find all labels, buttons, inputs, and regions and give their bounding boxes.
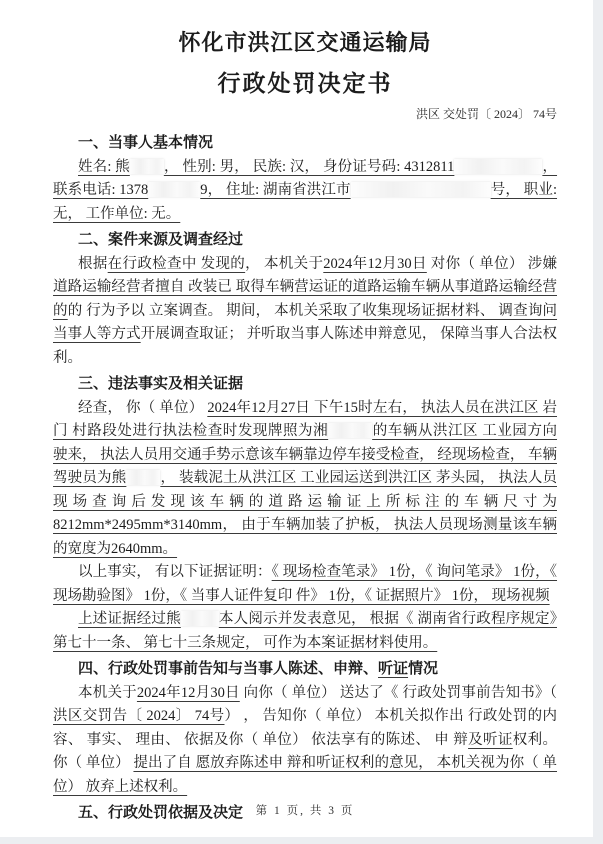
text-segment: 9， 住址: 湖南省洪江市 bbox=[200, 182, 350, 198]
document-section: 四、行政处罚事前告知与当事人陈述、申辩、听证情况本机关于2024年12月30日 … bbox=[53, 658, 557, 799]
text-segment: 2024年12月30日 bbox=[137, 685, 240, 701]
text-segment: 三、违法事实及相关证据 bbox=[78, 376, 243, 392]
document-section: 二、案件来源及调查经过根据在行政检查中 发现的， 本机关于2024年12月30日… bbox=[53, 229, 557, 370]
document-number: 洪区 交处罚〔 2024〕 74号 bbox=[0, 106, 557, 122]
text-segment: 根据 bbox=[78, 256, 108, 272]
text-segment: 一、当事人基本情况 bbox=[78, 135, 213, 151]
redaction-box bbox=[351, 182, 491, 197]
text-segment: 上述证据经过熊 bbox=[78, 611, 181, 627]
paragraph: 根据在行政检查中 发现的， 本机关于2024年12月30日 对你（ 单位） 涉嫌… bbox=[53, 253, 557, 371]
text-segment: 向你（ 单位） 送达了《 行政处罚事前告知书》（ bbox=[240, 685, 557, 701]
document-sections: 一、当事人基本情况姓名: 熊， 性别: 男， 民族: 汉， 身份证号码: 431… bbox=[53, 132, 557, 826]
text-segment: 的 行为予以 立案调查。 期间， 本机关 bbox=[68, 303, 319, 319]
text-segment: 四、行政处罚事前告知与当事人陈述、申辩、 bbox=[78, 661, 378, 677]
text-segment: 听证 bbox=[378, 661, 408, 677]
text-segment: 经查， 你（ 单位） bbox=[78, 400, 207, 416]
section-heading: 四、行政处罚事前告知与当事人陈述、申辩、听证情况 bbox=[53, 658, 557, 682]
document-title: 怀化市洪江区交通运输局 bbox=[53, 28, 557, 58]
text-segment: 姓名: 熊 bbox=[78, 159, 130, 175]
document-page: 怀化市洪江区交通运输局 行政处罚决定书 洪区 交处罚〔 2024〕 74号 一、… bbox=[0, 0, 593, 837]
text-segment: 情况 bbox=[408, 661, 438, 677]
document-section: 一、当事人基本情况姓名: 熊， 性别: 男， 民族: 汉， 身份证号码: 431… bbox=[53, 132, 557, 226]
text-segment: ， 性别: 男， 民族: 汉， 身份证号码: 4312811 bbox=[164, 159, 455, 175]
paragraph: 姓名: 熊， 性别: 男， 民族: 汉， 身份证号码: 4312811， 联系电… bbox=[53, 156, 557, 227]
section-heading: 三、违法事实及相关证据 bbox=[53, 373, 557, 397]
redaction-box bbox=[181, 611, 219, 626]
text-segment: ， 本机关于 bbox=[245, 256, 323, 272]
text-segment: 在行政检查中 发现的 bbox=[108, 256, 245, 272]
document-subtitle: 行政处罚决定书 bbox=[53, 68, 557, 100]
redaction-box bbox=[328, 423, 372, 438]
text-segment: 以上事实， 有以下证据证明： bbox=[78, 564, 272, 580]
redaction-box bbox=[148, 182, 200, 197]
paragraph: 上述证据经过熊本人阅示并发表意见， 根据《 湖南省行政程序规定》第七十一条、 第… bbox=[53, 608, 557, 655]
text-segment: 二、案件来源及调查经过 bbox=[78, 232, 243, 248]
redaction-box bbox=[454, 159, 542, 174]
page-footer: 第 1 页, 共 3 页 bbox=[53, 802, 557, 818]
redaction-box bbox=[126, 470, 160, 485]
section-heading: 二、案件来源及调查经过 bbox=[53, 229, 557, 253]
paragraph: 经查， 你（ 单位） 2024年12月27日 下午15时左右， 执法人员在洪江区… bbox=[53, 397, 557, 562]
text-segment: 及听证 bbox=[468, 732, 513, 748]
paragraph: 以上事实， 有以下证据证明：《 现场检查笔录》 1份，《 询问笔录》 1份，《 … bbox=[53, 561, 557, 608]
text-segment: 洪区交罚告〔 2024〕 74号 bbox=[53, 708, 225, 724]
section-heading: 一、当事人基本情况 bbox=[53, 132, 557, 156]
paragraph: 本机关于2024年12月30日 向你（ 单位） 送达了《 行政处罚事前告知书》（… bbox=[53, 682, 557, 800]
text-segment: 2024年12月30日 bbox=[323, 256, 427, 272]
text-segment: 对你（ 单位） 涉嫌 bbox=[427, 256, 557, 272]
redaction-box bbox=[130, 159, 164, 174]
document-section: 三、违法事实及相关证据经查， 你（ 单位） 2024年12月27日 下午15时左… bbox=[53, 373, 557, 655]
text-segment: 本机关于 bbox=[78, 685, 137, 701]
